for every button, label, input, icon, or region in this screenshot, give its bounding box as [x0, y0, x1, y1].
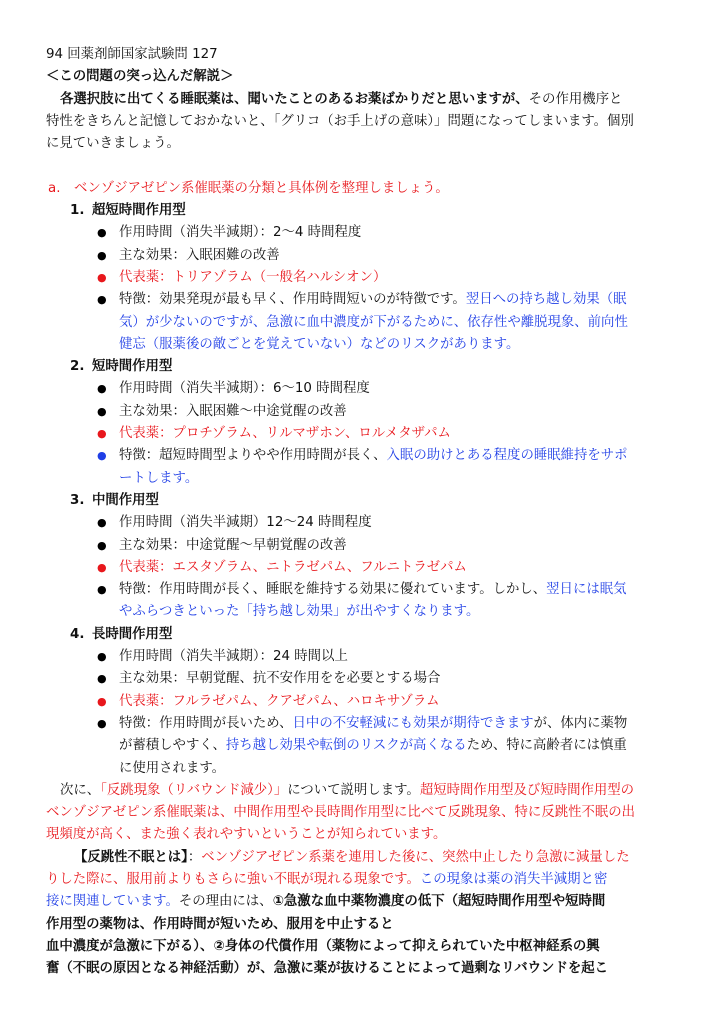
- list-item: ●作用時間（消失半減期）：2～4 時間程度: [46, 222, 686, 244]
- intro-line-1: 各選択肢に出てくる睡眠薬は、聞いたことのあるお薬ばかりだと思いますが、その作用機…: [46, 89, 686, 111]
- list-item-cont: に使用されます。: [46, 758, 686, 780]
- bullet-icon: ●: [97, 691, 119, 713]
- list-item: ●代表薬：プロチゾラム、リルマザホン、ロルメタザパム: [46, 423, 686, 445]
- section-heading: ＜この問題の突っ込んだ解説＞: [46, 66, 686, 88]
- para-highlight: 接に関連しています。: [46, 894, 179, 909]
- definition-line-4: 作用型の薬物は、作用時間が短いため、服用を中止すると: [46, 914, 686, 936]
- group-number: 3.: [70, 490, 92, 512]
- item-text: 代表薬：エスタゾラム、ニトラゼパム、フルニトラゼパム: [119, 560, 467, 575]
- list-item: ●代表薬：トリアゾラム（一般名ハルシオン）: [46, 267, 686, 289]
- para-text: 次に、: [60, 783, 100, 798]
- item-text: 主な効果：早朝覚醒、抗不安作用をを必要とする場合: [119, 671, 440, 686]
- list-item: ●代表薬：フルラゼパム、クアゼパム、ハロキサゾラム: [46, 691, 686, 713]
- item-text: 特徴：効果発現が最も早く、作用時間短いのが特徴です。: [119, 292, 466, 307]
- definition-line-2: りした際に、服用前よりもさらに強い不眠が現れる現象です。この現象は薬の消失半減期…: [46, 869, 686, 891]
- definition-line-1: 【反跳性不眠とは】：ベンゾジアゼピン系薬を連用した後に、突然中止したり急激に減量…: [46, 847, 686, 869]
- bullet-icon: ●: [97, 713, 119, 735]
- bullet-icon: ●: [97, 445, 119, 467]
- item-highlight: 翌日への持ち越し効果（眠: [466, 292, 627, 307]
- bullet-icon: ●: [97, 512, 119, 534]
- group-4-heading: 4.長時間作用型: [46, 624, 686, 646]
- para-highlight: 超短時間作用型及び短時間作用型の: [420, 783, 634, 798]
- item-text: 代表薬：トリアゾラム（一般名ハルシオン）: [119, 270, 386, 285]
- intro-line-3: に見ていきましょう。: [46, 133, 686, 155]
- item-highlight: 入眠の助けとある程度の睡眠維持をサポ: [387, 448, 628, 463]
- rebound-line-3: 現頻度が高く、また強く表れやすいということが知られています。: [46, 824, 686, 846]
- bullet-icon: ●: [97, 289, 119, 311]
- item-highlight: 日中の不安軽減にも効果が期待できます: [293, 716, 534, 731]
- document-page: 94 回薬剤師国家試験問 127 ＜この問題の突っ込んだ解説＞ 各選択肢に出てく…: [46, 44, 686, 980]
- item-text: が蓄積しやすく、: [119, 738, 226, 753]
- definition-line-5: 血中濃度が急激に下がる）、②身体の代償作用（薬物によって抑えられていた中枢神経系…: [46, 936, 686, 958]
- item-text: 作用時間（消失半減期）：6～10 時間程度: [119, 381, 370, 396]
- item-text: 作用時間（消失半減期）12～24 時間程度: [119, 515, 372, 530]
- list-item: ●主な効果：中途覚醒～早朝覚醒の改善: [46, 535, 686, 557]
- bullet-icon: ●: [97, 423, 119, 445]
- question-title: 94 回薬剤師国家試験問 127: [46, 44, 686, 66]
- list-item: ●代表薬：エスタゾラム、ニトラゼパム、フルニトラゼパム: [46, 557, 686, 579]
- list-item: ●主な効果：入眠困難～中途覚醒の改善: [46, 401, 686, 423]
- bullet-icon: ●: [97, 245, 119, 267]
- section-a-text: ベンゾジアゼピン系催眠薬の分類と具体例を整理しましょう。: [74, 181, 449, 196]
- group-1-heading: 1.超短時間作用型: [46, 200, 686, 222]
- list-item: ●特徴：超短時間型よりやや作用時間が長く、入眠の助けとある程度の睡眠維持をサポ: [46, 445, 686, 467]
- group-name: 長時間作用型: [92, 627, 172, 642]
- item-text: 特徴：作用時間が長く、睡眠を維持する効果に優れています。しかし、: [119, 582, 546, 597]
- item-text: 特徴：作用時間が長いため、: [119, 716, 293, 731]
- definition-line-6: 奮（不眠の原因となる神経活動）が、急激に薬が抜けることによって過剰なリバウンドを…: [46, 958, 686, 980]
- group-2-heading: 2.短時間作用型: [46, 356, 686, 378]
- item-text: 代表薬：フルラゼパム、クアゼパム、ハロキサゾラム: [119, 694, 440, 709]
- para-bold: ①急激な血中薬物濃度の低下（超短時間作用型や短時間: [273, 894, 606, 909]
- item-text: ため、特に高齢者には慎重: [467, 738, 627, 753]
- group-name: 超短時間作用型: [92, 203, 186, 218]
- section-a-title: a.ベンゾジアゼピン系催眠薬の分類と具体例を整理しましょう。: [46, 178, 686, 200]
- spacer: [46, 155, 686, 177]
- item-text: 主な効果：中途覚醒～早朝覚醒の改善: [119, 538, 347, 553]
- para-highlight: 「反跳現象（リバウンド減少）」: [100, 783, 287, 798]
- list-item: ●主な効果：入眠困難の改善: [46, 245, 686, 267]
- definition-line-3: 接に関連しています。その理由には、①急激な血中薬物濃度の低下（超短時間作用型や短…: [46, 891, 686, 913]
- group-name: 中間作用型: [92, 493, 159, 508]
- bullet-icon: ●: [97, 401, 119, 423]
- para-text: ：: [188, 850, 201, 865]
- bullet-icon: ●: [97, 579, 119, 601]
- group-3-heading: 3.中間作用型: [46, 490, 686, 512]
- list-item-cont: が蓄積しやすく、持ち越し効果や転倒のリスクが高くなるため、特に高齢者には慎重: [46, 735, 686, 757]
- list-item-cont: 健忘（服薬後の敵ごとを覚えていない）などのリスクがあります。: [46, 334, 686, 356]
- intro-rest: その作用機序と: [529, 92, 623, 107]
- group-number: 4.: [70, 624, 92, 646]
- item-text: 主な効果：入眠困難の改善: [119, 248, 280, 263]
- list-item-cont: 気）が少ないのですが、急激に血中濃度が下がるために、依存性や離脱現象、前向性: [46, 312, 686, 334]
- bullet-icon: ●: [97, 267, 119, 289]
- rebound-line-2: ベンゾジアゼピン系催眠薬は、中間作用型や長時間作用型に比べて反跳現象、特に反跳性…: [46, 802, 686, 824]
- para-text: その理由には、: [179, 894, 273, 909]
- para-highlight: この現象は薬の消失半減期と密: [420, 872, 607, 887]
- para-highlight: ベンゾジアゼピン系薬を連用した後に、突然中止したり急激に減量した: [201, 850, 629, 865]
- list-item-cont: やふらつきといった「持ち越し効果」が出やすくなります。: [46, 601, 686, 623]
- list-item: ●特徴：作用時間が長く、睡眠を維持する効果に優れています。しかし、翌日には眠気: [46, 579, 686, 601]
- item-text: 作用時間（消失半減期）：24 時間以上: [119, 649, 348, 664]
- list-item: ●主な効果：早朝覚醒、抗不安作用をを必要とする場合: [46, 668, 686, 690]
- group-name: 短時間作用型: [92, 359, 172, 374]
- rebound-line-1: 次に、「反跳現象（リバウンド減少）」について説明します。超短時間作用型及び短時間…: [46, 780, 686, 802]
- list-item: ●作用時間（消失半減期）：24 時間以上: [46, 646, 686, 668]
- bullet-icon: ●: [97, 557, 119, 579]
- bullet-icon: ●: [97, 668, 119, 690]
- item-highlight: 持ち越し効果や転倒のリスクが高くなる: [226, 738, 467, 753]
- para-highlight: りした際に、服用前よりもさらに強い不眠が現れる現象です。: [46, 872, 420, 887]
- list-item: ●作用時間（消失半減期）12～24 時間程度: [46, 512, 686, 534]
- bullet-icon: ●: [97, 646, 119, 668]
- intro-line-2: 特性をきちんと記憶しておかないと、「グリコ（お手上げの意味）」問題になってしまい…: [46, 111, 686, 133]
- bullet-icon: ●: [97, 222, 119, 244]
- item-text: 主な効果：入眠困難～中途覚醒の改善: [119, 404, 347, 419]
- item-text: 特徴：超短時間型よりやや作用時間が長く、: [119, 448, 387, 463]
- list-item: ●特徴：作用時間が長いため、日中の不安軽減にも効果が期待できますが、体内に薬物: [46, 713, 686, 735]
- item-highlight: 翌日には眠気: [546, 582, 626, 597]
- item-text: が、体内に薬物: [534, 716, 628, 731]
- definition-term: 【反跳性不眠とは】: [74, 850, 188, 865]
- para-text: について説明します。: [287, 783, 420, 798]
- intro-bold: 各選択肢に出てくる睡眠薬は、聞いたことのあるお薬ばかりだと思いますが、: [60, 92, 529, 107]
- group-number: 2.: [70, 356, 92, 378]
- group-number: 1.: [70, 200, 92, 222]
- list-item-cont: ートします。: [46, 468, 686, 490]
- item-text: 作用時間（消失半減期）：2～4 時間程度: [119, 225, 361, 240]
- bullet-icon: ●: [97, 535, 119, 557]
- list-item: ●作用時間（消失半減期）：6～10 時間程度: [46, 378, 686, 400]
- item-text: 代表薬：プロチゾラム、リルマザホン、ロルメタザパム: [119, 426, 451, 441]
- bullet-icon: ●: [97, 378, 119, 400]
- section-a-label: a.: [48, 178, 74, 200]
- list-item: ●特徴：効果発現が最も早く、作用時間短いのが特徴です。翌日への持ち越し効果（眠: [46, 289, 686, 311]
